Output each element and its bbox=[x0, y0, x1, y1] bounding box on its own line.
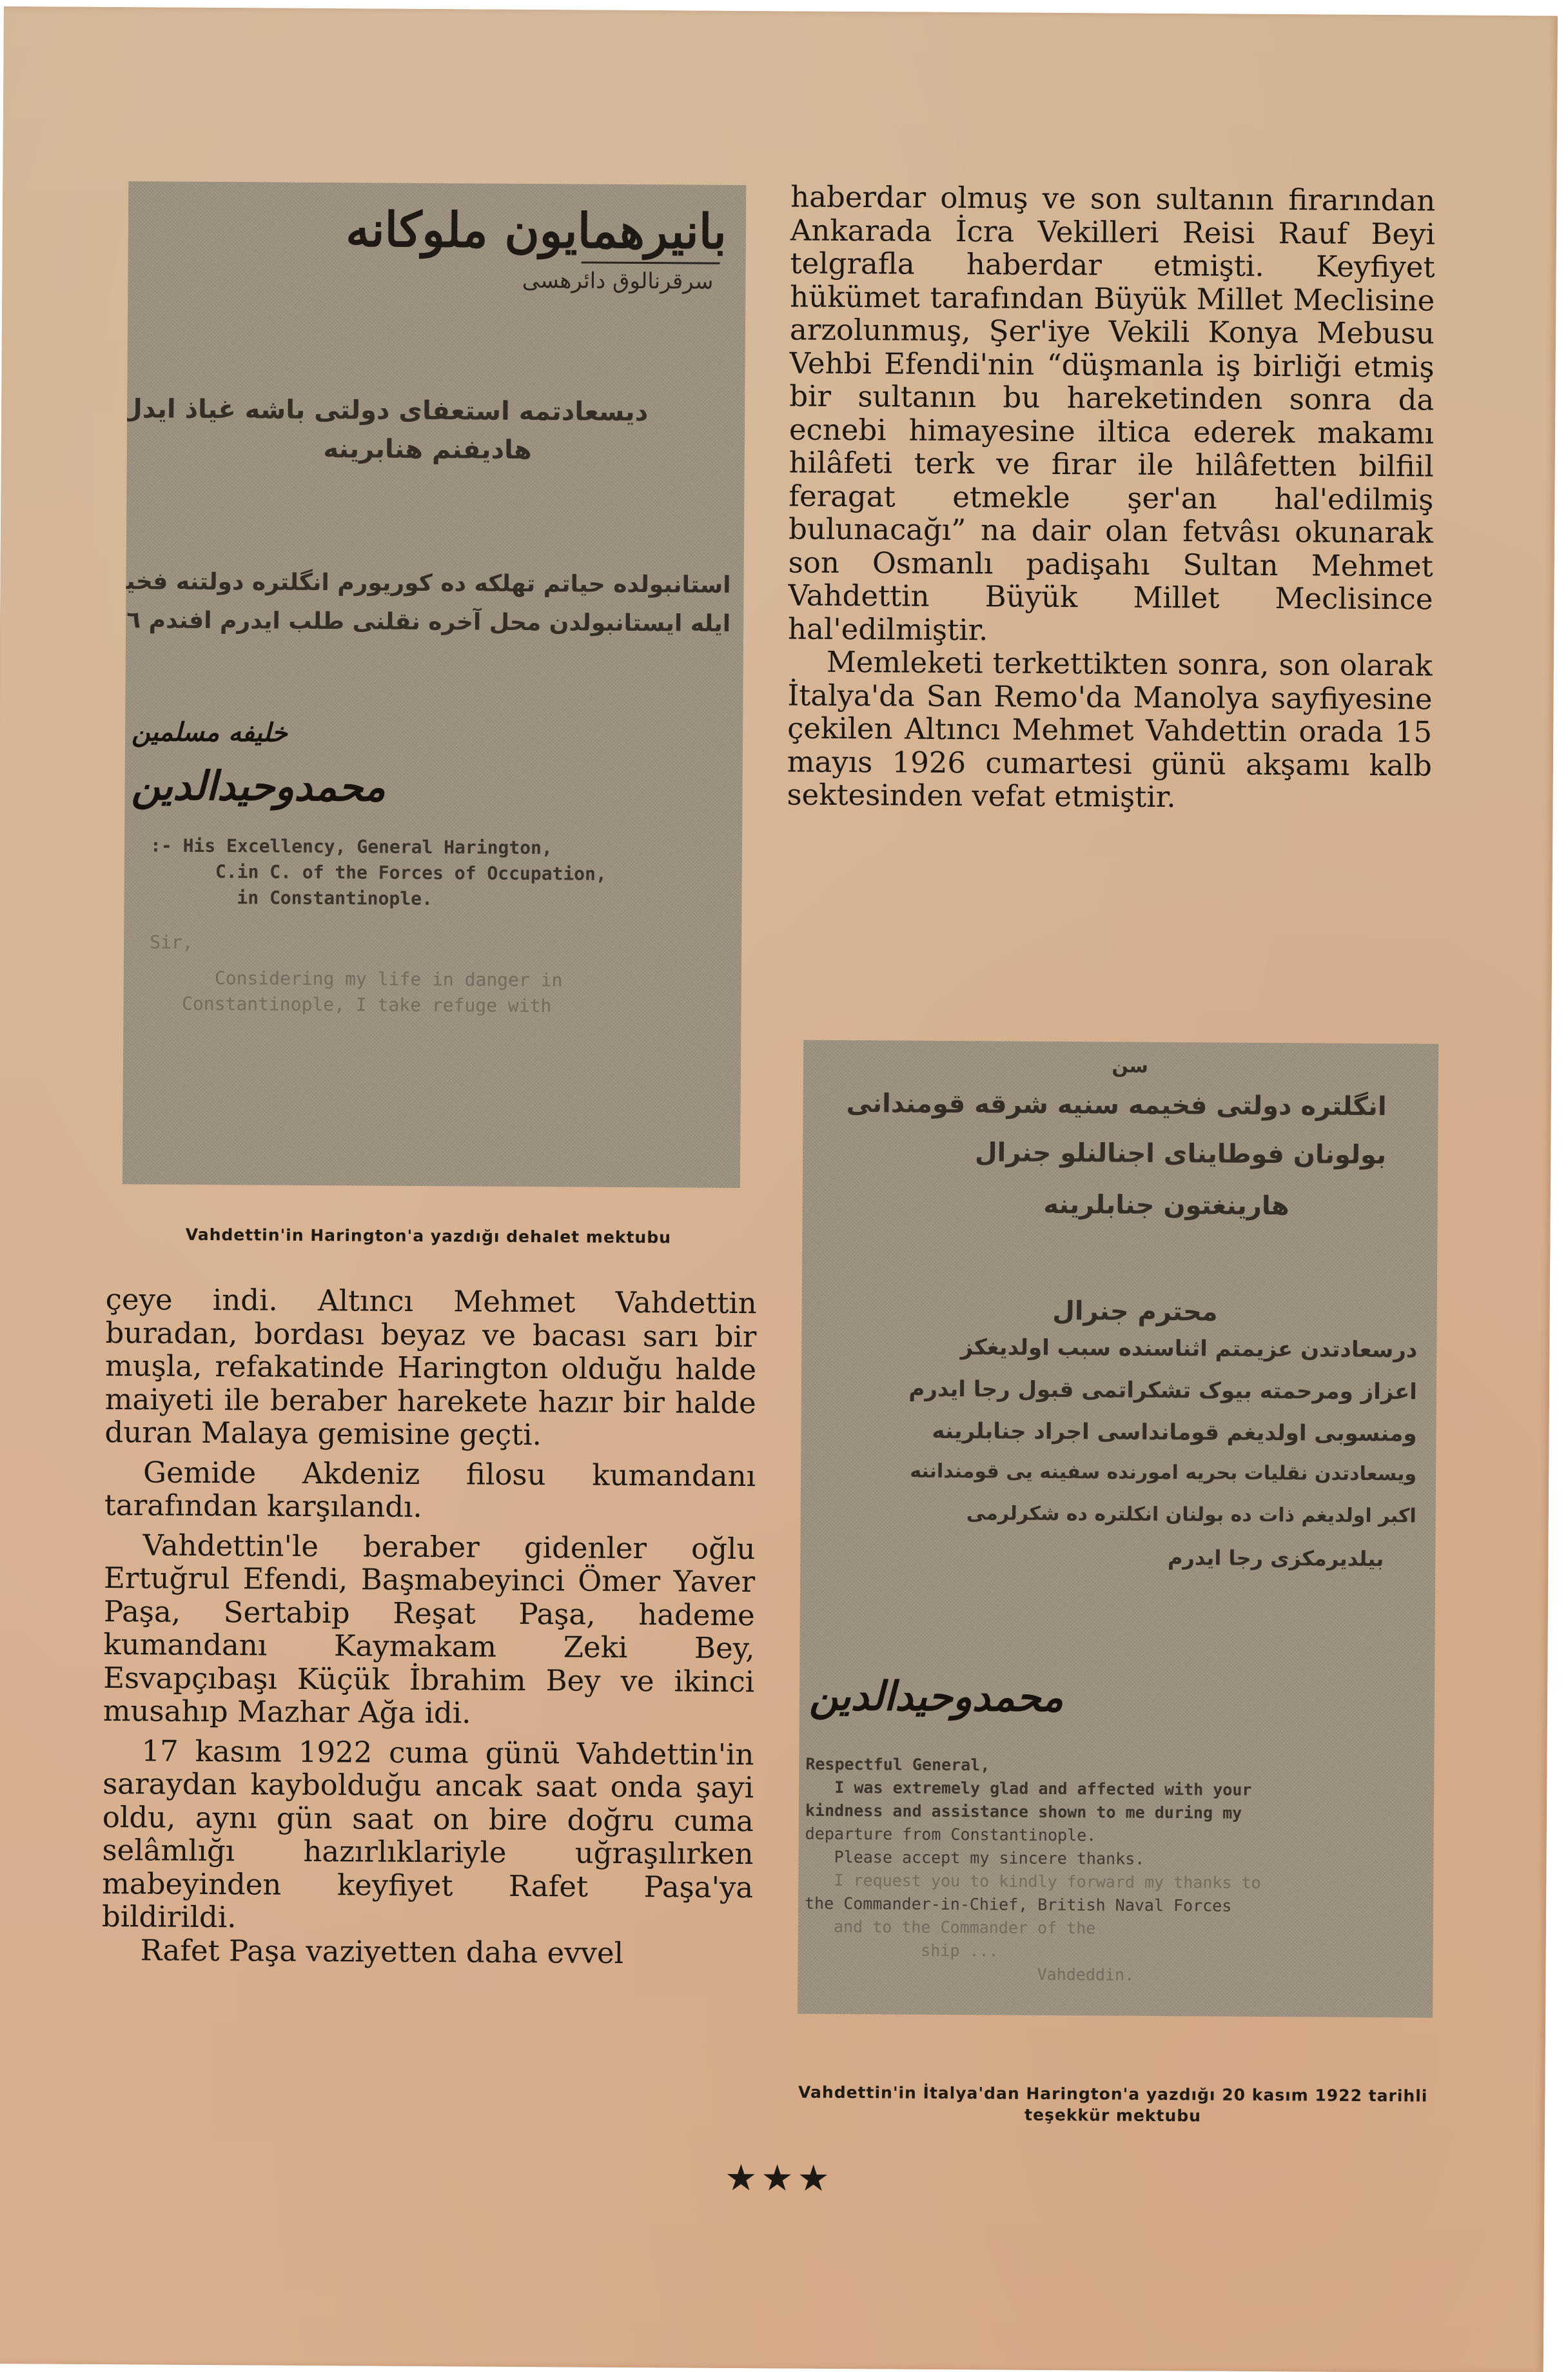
typed-line: departure from Constantinople. bbox=[805, 1823, 1097, 1848]
paragraph: haberdar olmuş ve son sultanın firarında… bbox=[788, 180, 1435, 649]
script-line: محترم جنرال bbox=[1052, 1296, 1218, 1327]
typed-line: Respectful General, bbox=[805, 1753, 990, 1777]
typed-line: Please accept my sincere thanks. bbox=[805, 1846, 1144, 1871]
letter-photo-tesekkur: سن انگلتره دولتی فخیمه سنیه شرقه قومندان… bbox=[798, 1040, 1438, 2018]
script-line: اکبر اولدیغم ذات ده بولنان انکلتره ده شک… bbox=[966, 1502, 1416, 1527]
script-line: بولونان فوطاینای اجنالنلو جنرال bbox=[975, 1138, 1387, 1170]
typed-address-line: in Constantinople. bbox=[150, 884, 433, 912]
paragraph: Vahdettin'le beraber gidenler oğlu Ertuğ… bbox=[103, 1528, 756, 1731]
section-separator-stars-icon: ★★★ bbox=[708, 2157, 850, 2200]
script-line: ایله ایستانبولدن محل آخره نقلنی طلب ایدر… bbox=[122, 606, 730, 637]
typed-faded-line: Constantinople, I take refuge with bbox=[149, 991, 551, 1019]
script-line: اعزاز ومرحمته بیوک تشکراتمی قبول رجا اید… bbox=[908, 1376, 1417, 1405]
script-line: سن bbox=[1112, 1055, 1148, 1078]
typed-line: and to the Commander of the bbox=[805, 1915, 1096, 1941]
script-line: درسعادتدن عزیمتم اثناسنده سبب اولدیغکز bbox=[961, 1334, 1418, 1363]
typed-line: kindness and assistance shown to me duri… bbox=[805, 1799, 1242, 1825]
script-line: بیلدیرمکزی رجا ایدرم bbox=[1168, 1545, 1384, 1571]
letter-photo-dehalet: بانیرهمایون ملوكانه سرقرنالوق دائرهسی دی… bbox=[122, 181, 746, 1188]
typed-line: Vahdeddin. bbox=[804, 1962, 1134, 1987]
script-line: ومنسوبی اولدیغم قومانداسی اجراد جنابلرین… bbox=[932, 1418, 1416, 1447]
signature: محمدوحیدالدین bbox=[809, 1672, 1064, 1721]
typed-faded-line: Sir, bbox=[150, 929, 193, 955]
typed-address-line: C.in C. of the Forces of Occupation, bbox=[150, 858, 607, 887]
magazine-page: بانیرهمایون ملوكانه سرقرنالوق دائرهسی دی… bbox=[0, 6, 1558, 2372]
typed-address-line: :- His Excellency, General Harington, bbox=[150, 833, 553, 861]
typed-line: I request you to kindly forward my thank… bbox=[805, 1869, 1261, 1895]
ottoman-letterhead: بانیرهمایون ملوكانه bbox=[346, 202, 727, 260]
paragraph: 17 kasım 1922 cuma günü Vahdettin'in sar… bbox=[102, 1734, 754, 1937]
signature-title: خلیفه مسلمین bbox=[132, 717, 288, 747]
typed-line: the Commander-in-Chief, British Naval Fo… bbox=[805, 1892, 1231, 1918]
script-line: استانبولده حیاتم تهلکه ده کوریورم انگلتر… bbox=[122, 568, 731, 598]
paragraph: Gemide Akdeniz filosu kumandanı tarafınd… bbox=[104, 1455, 756, 1525]
paragraph: Memleketi terkettikten sonra, son olarak… bbox=[787, 645, 1433, 815]
script-line: هادیفنم هنابرینه bbox=[323, 434, 532, 465]
figure-caption-tesekkur: Vahdettin'in İtalya'dan Harington'a yazd… bbox=[790, 2082, 1435, 2128]
paragraph: Rafet Paşa vaziyetten daha evvel bbox=[101, 1933, 752, 1970]
script-line: هارینغتون جنابلرینه bbox=[1043, 1190, 1289, 1221]
typed-line: ship ... bbox=[805, 1939, 999, 1963]
script-line: ویسعادتدن نقلیات بحریه امورنده سفینه یی … bbox=[910, 1460, 1416, 1486]
ottoman-letterhead-sub: سرقرنالوق دائرهسی bbox=[522, 268, 714, 295]
article-column-right: haberdar olmuş ve son sultanın firarında… bbox=[787, 180, 1435, 815]
figure-caption-dehalet: Vahdettin'in Harington'a yazdığı dehalet… bbox=[106, 1225, 750, 1247]
typed-faded-line: Considering my life in danger in bbox=[150, 965, 563, 993]
paragraph: çeye indi. Altıncı Mehmet Vahdettin bura… bbox=[104, 1283, 757, 1453]
article-column-left: çeye indi. Altıncı Mehmet Vahdettin bura… bbox=[101, 1283, 756, 1970]
signature: محمدوحیدالدین bbox=[131, 762, 386, 810]
script-line: انگلتره دولتی فخیمه سنیه شرقه قومندانی bbox=[846, 1089, 1386, 1122]
typed-line: I was extremely glad and affected with y… bbox=[805, 1776, 1252, 1802]
letterhead-rule bbox=[582, 261, 720, 264]
script-line: دیسعادتمه استعفای دولتی باشه غیاذ ایدل ب… bbox=[122, 393, 648, 427]
